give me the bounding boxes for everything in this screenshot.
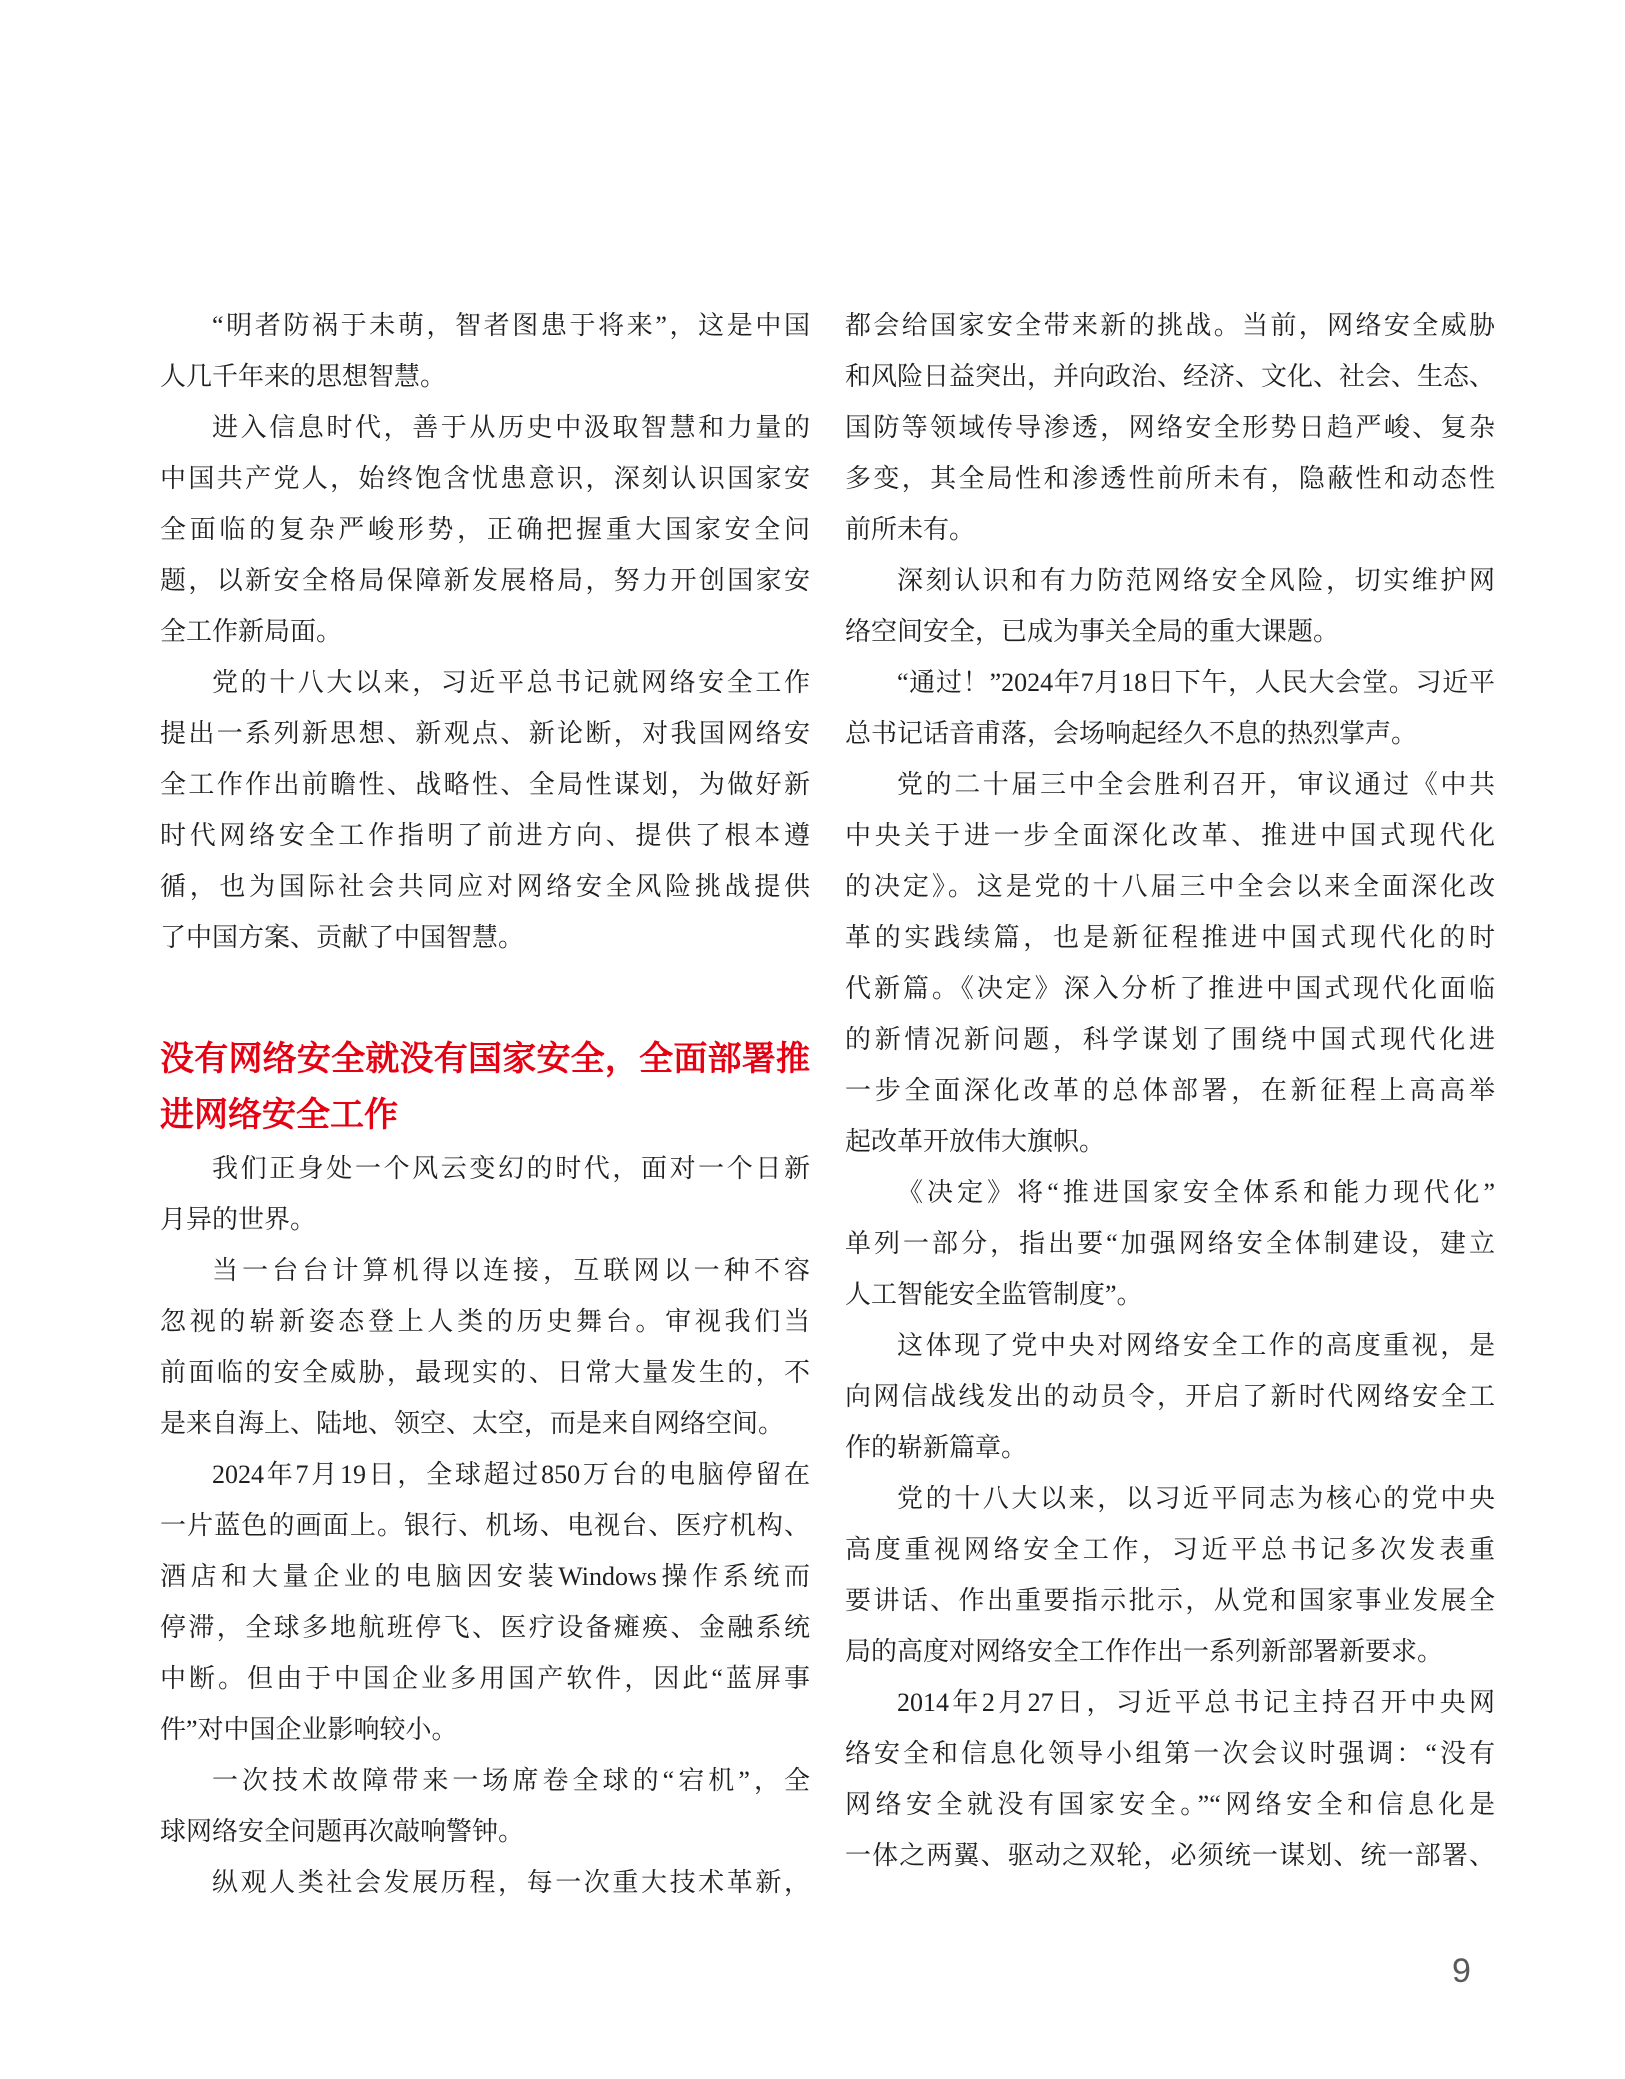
section-heading: 没有网络安全就没有国家安全，全面部署推进网络安全工作 [160, 1031, 810, 1143]
text-line: 《决定》将“推进国家安全体系和能力现代化” [845, 1167, 1495, 1218]
text-line: 都会给国家安全带来新的挑战。当前，网络安全威胁 [845, 300, 1495, 351]
text-line: 革的实践续篇，也是新征程推进中国式现代化的时 [845, 912, 1495, 963]
text-line: 国防等领域传导渗透，网络安全形势日趋严峻、复杂 [845, 402, 1495, 453]
text-line: 中国共产党人，始终饱含忧患意识，深刻认识国家安 [160, 453, 810, 504]
text-line: 全工作作出前瞻性、战略性、全局性谋划，为做好新 [160, 759, 810, 810]
text-line: 的新情况新问题，科学谋划了围绕中国式现代化进 [845, 1014, 1495, 1065]
text-line: “通过！”2024年7月18日下午，人民大会堂。习近平 [845, 657, 1495, 708]
text-line: 当一台台计算机得以连接，互联网以一种不容 [160, 1245, 810, 1296]
text-line: 代新篇。《决定》深入分析了推进中国式现代化面临 [845, 963, 1495, 1014]
text-line: 深刻认识和有力防范网络安全风险，切实维护网 [845, 555, 1495, 606]
text-line: 人几千年来的思想智慧。 [160, 351, 810, 402]
text-line: 件”对中国企业影响较小。 [160, 1704, 810, 1755]
page-number: 9 [1452, 1952, 1512, 1991]
text-line: 向网信战线发出的动员令，开启了新时代网络安全工 [845, 1371, 1495, 1422]
text-line: 球网络安全问题再次敲响警钟。 [160, 1806, 810, 1857]
text-line: 要讲话、作出重要指示批示，从党和国家事业发展全 [845, 1575, 1495, 1626]
text-line: 这体现了党中央对网络安全工作的高度重视，是 [845, 1320, 1495, 1371]
text-line: 的决定》。这是党的十八届三中全会以来全面深化改 [845, 861, 1495, 912]
text-line: 络空间安全，已成为事关全局的重大课题。 [845, 606, 1495, 657]
text-line: 一步全面深化改革的总体部署，在新征程上高高举 [845, 1065, 1495, 1116]
text-line: 提出一系列新思想、新观点、新论断，对我国网络安 [160, 708, 810, 759]
text-line: 党的十八大以来，以习近平同志为核心的党中央 [845, 1473, 1495, 1524]
paragraph-block: 我们正身处一个风云变幻的时代，面对一个日新月异的世界。当一台台计算机得以连接，互… [160, 1143, 810, 1908]
text-line: 全面临的复杂严峻形势，正确把握重大国家安全问 [160, 504, 810, 555]
text-line: 一次技术故障带来一场席卷全球的“宕机”，全 [160, 1755, 810, 1806]
text-line: 高度重视网络安全工作，习近平总书记多次发表重 [845, 1524, 1495, 1575]
heading-line: 没有网络安全就没有国家安全，全面部署推 [160, 1031, 810, 1087]
text-line: 是来自海上、陆地、领空、太空，而是来自网络空间。 [160, 1398, 810, 1449]
text-line: 题，以新安全格局保障新发展格局，努力开创国家安 [160, 555, 810, 606]
text-line: 单列一部分，指出要“加强网络安全体制建设，建立 [845, 1218, 1495, 1269]
text-line: “明者防祸于未萌，智者图患于将来”，这是中国 [160, 300, 810, 351]
text-line: 2024年7月19日，全球超过850万台的电脑停留在 [160, 1449, 810, 1500]
text-line: 和风险日益突出，并向政治、经济、文化、社会、生态、 [845, 351, 1495, 402]
text-line: 多变，其全局性和渗透性前所未有，隐蔽性和动态性 [845, 453, 1495, 504]
text-line: 络安全和信息化领导小组第一次会议时强调：“没有 [845, 1728, 1495, 1779]
text-line: 前面临的安全威胁，最现实的、日常大量发生的，不 [160, 1347, 810, 1398]
text-line: 酒店和大量企业的电脑因安装Windows操作系统而 [160, 1551, 810, 1602]
text-line: 忽视的崭新姿态登上人类的历史舞台。审视我们当 [160, 1296, 810, 1347]
text-line: 党的十八大以来，习近平总书记就网络安全工作 [160, 657, 810, 708]
text-line: 循，也为国际社会共同应对网络安全风险挑战提供 [160, 861, 810, 912]
text-line: 人工智能安全监管制度”。 [845, 1269, 1495, 1320]
right-column: 都会给国家安全带来新的挑战。当前，网络安全威胁和风险日益突出，并向政治、经济、文… [845, 300, 1495, 1881]
text-line: 进入信息时代，善于从历史中汲取智慧和力量的 [160, 402, 810, 453]
paragraph-block: 都会给国家安全带来新的挑战。当前，网络安全威胁和风险日益突出，并向政治、经济、文… [845, 300, 1495, 1881]
text-line: 中央关于进一步全面深化改革、推进中国式现代化 [845, 810, 1495, 861]
text-line: 党的二十届三中全会胜利召开，审议通过《中共 [845, 759, 1495, 810]
text-line: 网络安全就没有国家安全。”“网络安全和信息化是 [845, 1779, 1495, 1830]
text-line: 中断。但由于中国企业多用国产软件，因此“蓝屏事 [160, 1653, 810, 1704]
text-line: 停滞，全球多地航班停飞、医疗设备瘫痪、金融系统 [160, 1602, 810, 1653]
left-column: “明者防祸于未萌，智者图患于将来”，这是中国人几千年来的思想智慧。进入信息时代，… [160, 300, 810, 1908]
text-line: 月异的世界。 [160, 1194, 810, 1245]
text-line: 起改革开放伟大旗帜。 [845, 1116, 1495, 1167]
text-line: 作的崭新篇章。 [845, 1422, 1495, 1473]
text-line: 纵观人类社会发展历程，每一次重大技术革新， [160, 1857, 810, 1908]
paragraph-block: “明者防祸于未萌，智者图患于将来”，这是中国人几千年来的思想智慧。进入信息时代，… [160, 300, 810, 963]
text-line: 局的高度对网络安全工作作出一系列新部署新要求。 [845, 1626, 1495, 1677]
text-line: 了中国方案、贡献了中国智慧。 [160, 912, 810, 963]
text-line: 一片蓝色的画面上。银行、机场、电视台、医疗机构、 [160, 1500, 810, 1551]
text-line: 一体之两翼、驱动之双轮，必须统一谋划、统一部署、 [845, 1830, 1495, 1881]
text-line: 前所未有。 [845, 504, 1495, 555]
text-line: 2014年2月27日，习近平总书记主持召开中央网 [845, 1677, 1495, 1728]
text-line: 时代网络安全工作指明了前进方向、提供了根本遵 [160, 810, 810, 861]
text-line: 我们正身处一个风云变幻的时代，面对一个日新 [160, 1143, 810, 1194]
text-line: 全工作新局面。 [160, 606, 810, 657]
document-page: “明者防祸于未萌，智者图患于将来”，这是中国人几千年来的思想智慧。进入信息时代，… [0, 0, 1625, 2079]
text-line: 总书记话音甫落，会场响起经久不息的热烈掌声。 [845, 708, 1495, 759]
heading-line: 进网络安全工作 [160, 1087, 810, 1143]
